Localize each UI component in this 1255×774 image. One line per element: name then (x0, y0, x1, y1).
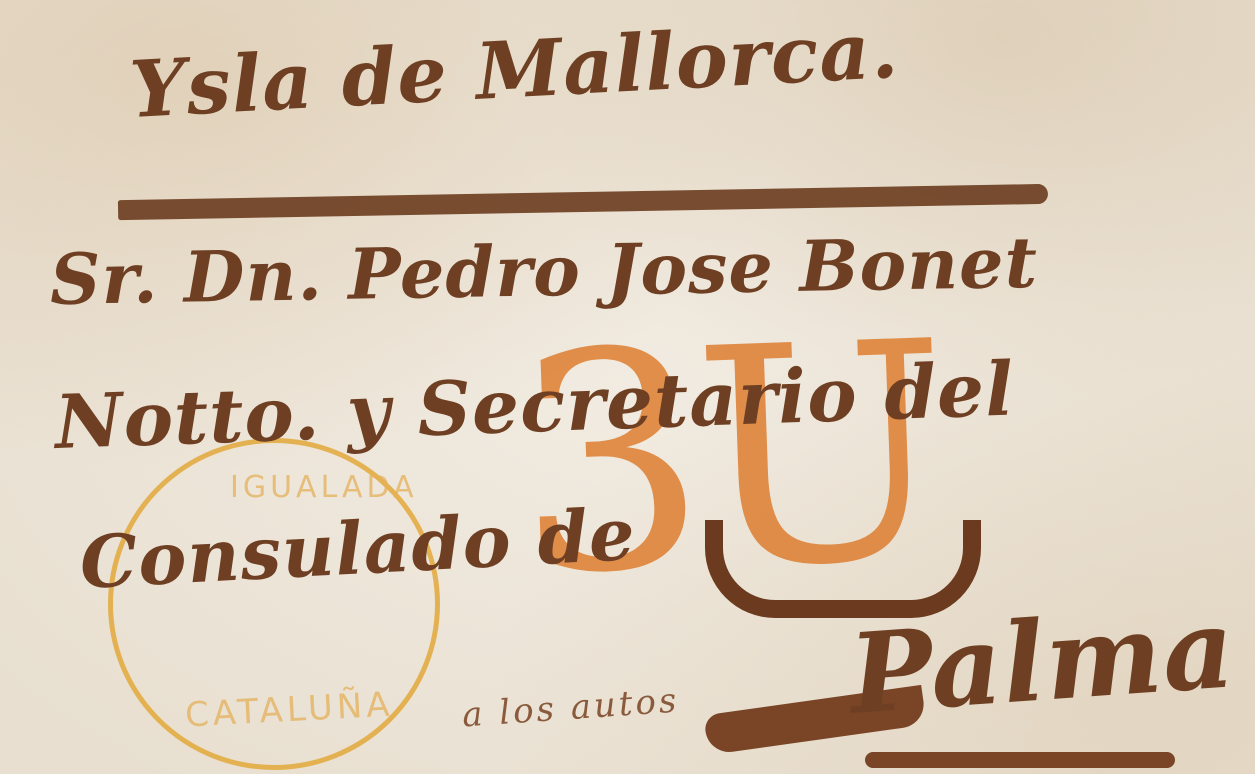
letter-cover: IGUALADA CATALUÑA 3U Ysla de Mallorca. S… (0, 0, 1255, 774)
underline-rule-bottom (865, 752, 1175, 768)
address-line-2: Sr. Dn. Pedro Jose Bonet (49, 221, 1038, 321)
address-line-5: Palma (846, 583, 1240, 739)
underline-rule (118, 184, 1048, 220)
postmark-top-text: IGUALADA (230, 470, 418, 505)
address-line-1: Ysla de Mallorca. (128, 5, 901, 136)
side-note: a los autos (461, 680, 681, 735)
